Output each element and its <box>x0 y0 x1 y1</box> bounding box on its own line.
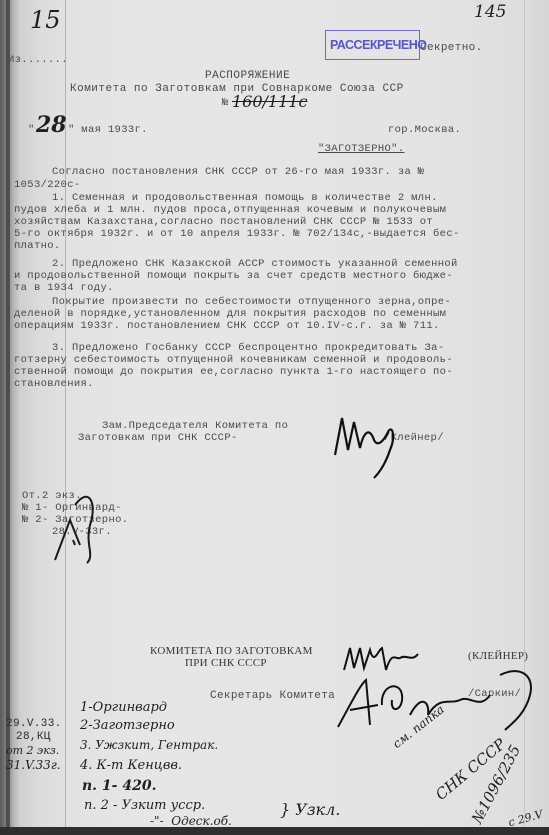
document-scan: 15 145 Из....... РАССЕКРЕЧЕНО Секретно. … <box>0 0 549 827</box>
signature-kleiner <box>330 410 410 480</box>
scan-border <box>0 827 549 835</box>
addressee: "ЗАГОТЗЕРНО". <box>318 143 404 155</box>
signature-secretary <box>330 655 540 735</box>
diag-date: с 29.V <box>507 808 544 827</box>
document-title: РАСПОРЯЖЕНИЕ <box>205 70 290 82</box>
number-prefix: № <box>222 97 229 109</box>
initials-mark <box>45 485 105 565</box>
date-quote-open: " <box>28 124 35 136</box>
intro-line-2: 1053/220с- <box>14 179 81 191</box>
register-line: Из....... <box>8 54 68 66</box>
bracket-note: } Узкл. <box>280 800 340 819</box>
signatory-title-line-2: Заготовкам при СНК СССР- <box>78 432 238 444</box>
archive-page-number: 145 <box>474 2 506 22</box>
print-block-line-2: ПРИ СНК СССР <box>185 657 267 669</box>
print-block-line-1: КОМИТЕТА ПО ЗАГОТОВКАМ <box>150 645 313 657</box>
city: гор.Москва. <box>388 124 461 136</box>
declassified-stamp: РАССЕКРЕЧЕНО <box>325 30 420 60</box>
secretary-label: Секретарь Комитета <box>210 690 335 702</box>
document-number: 160/111с <box>232 92 307 111</box>
date-day: 28 <box>36 112 67 138</box>
intro-line-1: Согласно постановления СНК СССР от 26-го… <box>52 166 424 178</box>
secrecy-label: Секретно. <box>420 42 483 54</box>
date-rest: " мая 1933г. <box>68 124 148 136</box>
corner-mark: 15 <box>30 6 61 34</box>
binding-edge <box>6 0 10 827</box>
signatory-title-line-1: Зам.Председателя Комитета по <box>102 420 288 432</box>
